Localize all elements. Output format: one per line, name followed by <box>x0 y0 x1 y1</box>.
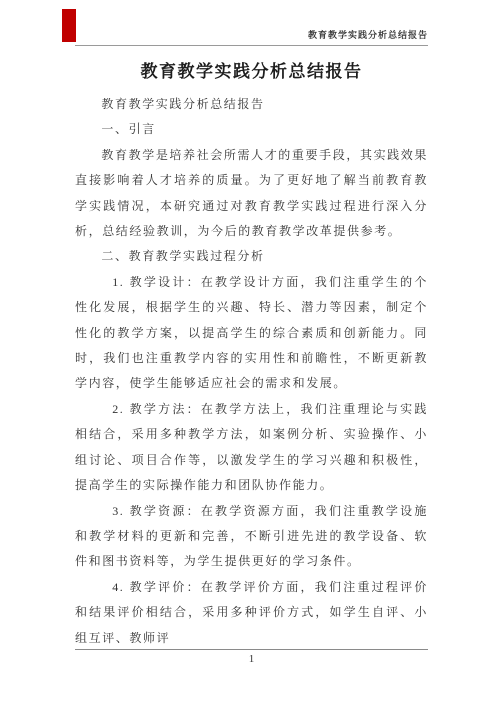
page-header: 教育教学实践分析总结报告 <box>75 29 428 42</box>
paragraph-item-1: 1. 教学设计：在教学设计方面，我们注重学生的个性化发展，根据学生的兴趣、特长、… <box>75 270 428 397</box>
paragraph-item-3: 3. 教学资源：在教学资源方面，我们注重教学设施和教学材料的更新和完善，不断引进… <box>75 499 428 575</box>
page-number: 1 <box>75 652 428 666</box>
page-content: 教育教学实践分析总结报告 教育教学实践分析总结报告 教育教学实践分析总结报告 一… <box>75 0 428 651</box>
page-footer: 1 <box>75 649 428 666</box>
document-body: 教育教学实践分析总结报告 一、引言 教育教学是培养社会所需人才的重要手段，其实践… <box>75 92 428 651</box>
document-title: 教育教学实践分析总结报告 <box>75 59 428 85</box>
paragraph-item-4: 4. 教学评价：在教学评价方面，我们注重过程评价和结果评价相结合，采用多种评价方… <box>75 575 428 651</box>
header-divider <box>75 45 428 46</box>
paragraph-subtitle: 教育教学实践分析总结报告 <box>75 92 428 117</box>
header-title: 教育教学实践分析总结报告 <box>308 30 428 40</box>
section-heading-intro: 一、引言 <box>75 117 428 142</box>
document-page: 教育教学实践分析总结报告 教育教学实践分析总结报告 教育教学实践分析总结报告 一… <box>0 0 500 707</box>
paragraph-intro: 教育教学是培养社会所需人才的重要手段，其实践效果直接影响着人才培养的质量。为了更… <box>75 143 428 245</box>
footer-divider <box>75 649 428 650</box>
paragraph-item-2: 2. 教学方法：在教学方法上，我们注重理论与实践相结合，采用多种教学方法，如案例… <box>75 397 428 499</box>
section-heading-analysis: 二、教育教学实践过程分析 <box>75 244 428 269</box>
red-bookmark-marker <box>62 9 76 42</box>
